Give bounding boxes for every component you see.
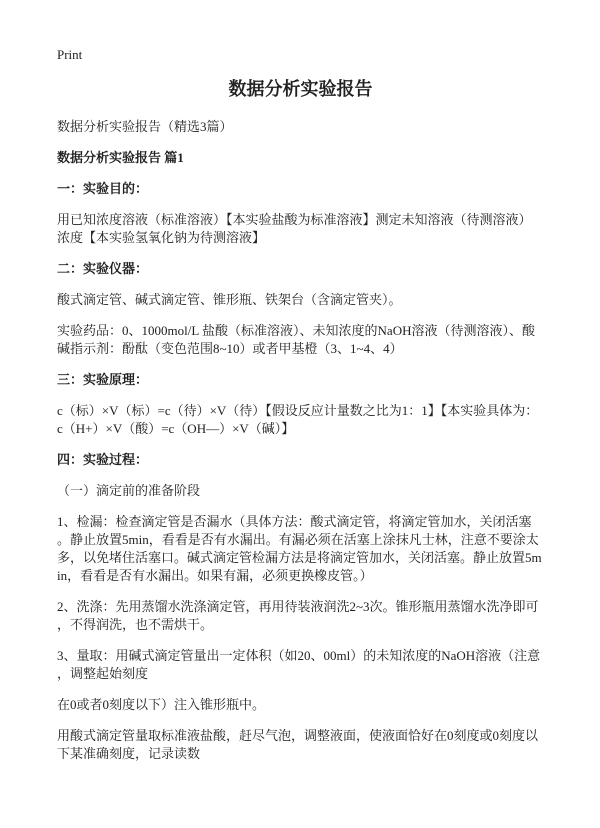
- document-page: Print 数据分析实验报告数据分析实验报告（精选3篇）数据分析实验报告 篇1一…: [0, 0, 600, 828]
- section-heading: 数据分析实验报告 篇1: [57, 149, 544, 167]
- section-heading: 一：实验目的：: [57, 180, 544, 198]
- section-heading: 四：实验过程：: [57, 451, 544, 469]
- paragraph: 用酸式滴定管量取标准液盐酸，赶尽气泡，调整液面，使液面恰好在0刻度或0刻度以下某…: [57, 727, 544, 763]
- paragraph: 实验药品：0、1000mol/L 盐酸（标准溶液）、未知浓度的NaOH溶液（待测…: [57, 322, 544, 358]
- print-link[interactable]: Print: [57, 47, 82, 63]
- document-title: 数据分析实验报告: [57, 77, 544, 101]
- paragraph: 2、洗涤：先用蒸馏水洗涤滴定管，再用待装液润洗2~3次。锥形瓶用蒸馏水洗净即可，…: [57, 598, 544, 634]
- paragraph: 酸式滴定管、碱式滴定管、锥形瓶、铁架台（含滴定管夹）。: [57, 291, 544, 309]
- paragraph: c（标）×V（标）=c（待）×V（待）【假设反应计量数之比为1：1】【本实验具体…: [57, 402, 544, 438]
- paragraph: 3、量取：用碱式滴定管量出一定体积（如20、00ml）的未知浓度的NaOH溶液（…: [57, 647, 544, 683]
- paragraph: （一）滴定前的准备阶段: [57, 482, 544, 500]
- paragraph: 1、检漏：检查滴定管是否漏水（具体方法：酸式滴定管，将滴定管加水，关闭活塞。静止…: [57, 513, 544, 585]
- paragraph: 数据分析实验报告（精选3篇）: [57, 118, 544, 136]
- section-heading: 三：实验原理：: [57, 371, 544, 389]
- section-heading: 二：实验仪器：: [57, 260, 544, 278]
- paragraph: 在0或者0刻度以下）注入锥形瓶中。: [57, 696, 544, 714]
- document-content: 数据分析实验报告数据分析实验报告（精选3篇）数据分析实验报告 篇1一：实验目的：…: [57, 77, 544, 763]
- paragraph: 用已知浓度溶液（标准溶液）【本实验盐酸为标准溶液】测定未知溶液（待测溶液）浓度【…: [57, 211, 544, 247]
